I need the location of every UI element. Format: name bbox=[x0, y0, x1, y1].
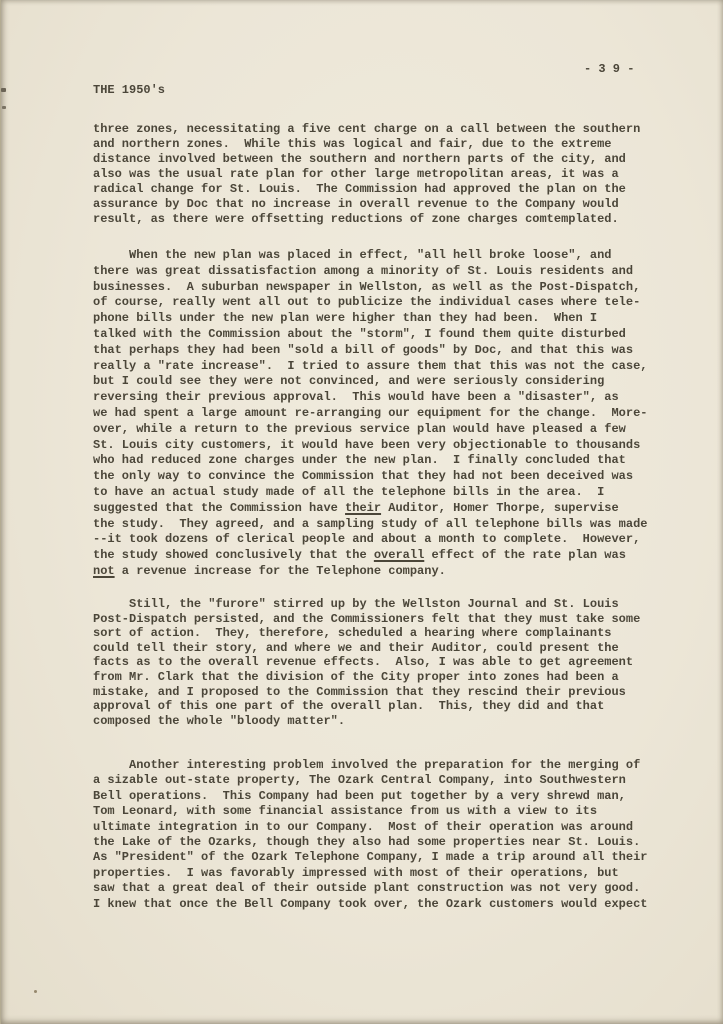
paragraph-all-hell-broke-loose: When the new plan was placed in effect, … bbox=[93, 248, 648, 580]
paragraph-zones-continuation: three zones, necessitating a five cent c… bbox=[93, 122, 640, 227]
scan-artifact bbox=[2, 106, 6, 109]
document-page: - 3 9 - THE 1950's three zones, necessit… bbox=[0, 0, 723, 1024]
scan-artifact bbox=[1, 88, 6, 92]
paragraph-furore-hearing: Still, the "furore" stirred up by the We… bbox=[93, 597, 640, 728]
paragraph-ozark-central: Another interesting problem involved the… bbox=[93, 758, 648, 912]
paper-speck bbox=[34, 990, 37, 993]
page-number: - 3 9 - bbox=[584, 62, 634, 77]
chapter-title: THE 1950's bbox=[93, 83, 165, 98]
